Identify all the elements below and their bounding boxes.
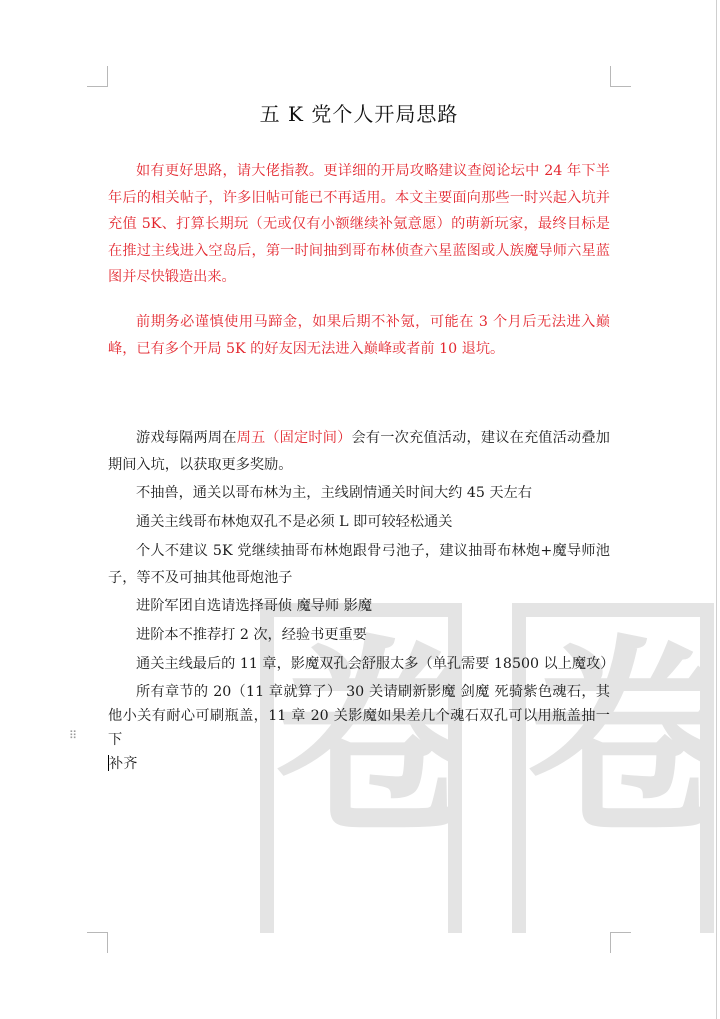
paragraph-tail-text: 补齐: [109, 756, 137, 772]
recharge-text-before: 游戏每隔两周在: [136, 430, 237, 446]
page-corner-mark-top-right: [610, 66, 631, 87]
paragraph-advance-stage: 进阶本不推荐打 2 次，经验书更重要: [108, 622, 610, 649]
recharge-paragraph: 游戏每隔两周在周五（固定时间）会有一次充值活动，建议在充值活动叠加期间入坑，以获…: [108, 425, 610, 478]
page-corner-mark-bottom-right: [610, 932, 631, 953]
intro-paragraph: 如有更好思路，请大佬指教。更详细的开局攻略建议查阅论坛中 24 年下半年后的相关…: [108, 158, 610, 291]
paragraph-legion-choice: 进阶军团自选请选择哥侦 魔导师 影魔: [108, 593, 610, 620]
scrollbar-edge[interactable]: [716, 0, 720, 1019]
drag-handle-icon[interactable]: ⠿: [69, 733, 78, 739]
paragraph-pool-advice: 个人不建议 5K 党继续抽哥布林炮跟骨弓池子，建议抽哥布林炮+魔导师池子，等不及…: [108, 538, 610, 591]
page-corner-mark-bottom-left: [87, 932, 108, 953]
paragraph-goblin-cannon: 通关主线哥布林炮双孔不是必须 L 即可较轻松通关: [108, 509, 610, 536]
paragraph-no-beast: 不抽兽，通关以哥布林为主，主线剧情通关时间大约 45 天左右: [108, 480, 610, 507]
paragraph-chapter-11: 通关主线最后的 11 章，影魔双孔会舒服太多（单孔需要 18500 以上魔攻）: [108, 651, 610, 678]
page-corner-mark-top-left: [87, 66, 108, 87]
warning-paragraph: 前期务必谨慎使用马蹄金，如果后期不补氪，可能在 3 个月后无法进入巅峰，已有多个…: [108, 309, 610, 362]
document-page: 卷 卷 五 K 党个人开局思路 如有更好思路，请大佬指教。更详细的开局攻略建议查…: [0, 0, 717, 1019]
paragraph-tail[interactable]: 补齐: [108, 752, 610, 776]
document-title: 五 K 党个人开局思路: [108, 98, 610, 127]
paragraph-refresh-stages: 所有章节的 20（11 章就算了） 30 关请刷新影魔 剑魔 死骑紫色魂石，其他…: [108, 680, 610, 752]
recharge-highlight: 周五（固定时间）: [237, 430, 352, 446]
